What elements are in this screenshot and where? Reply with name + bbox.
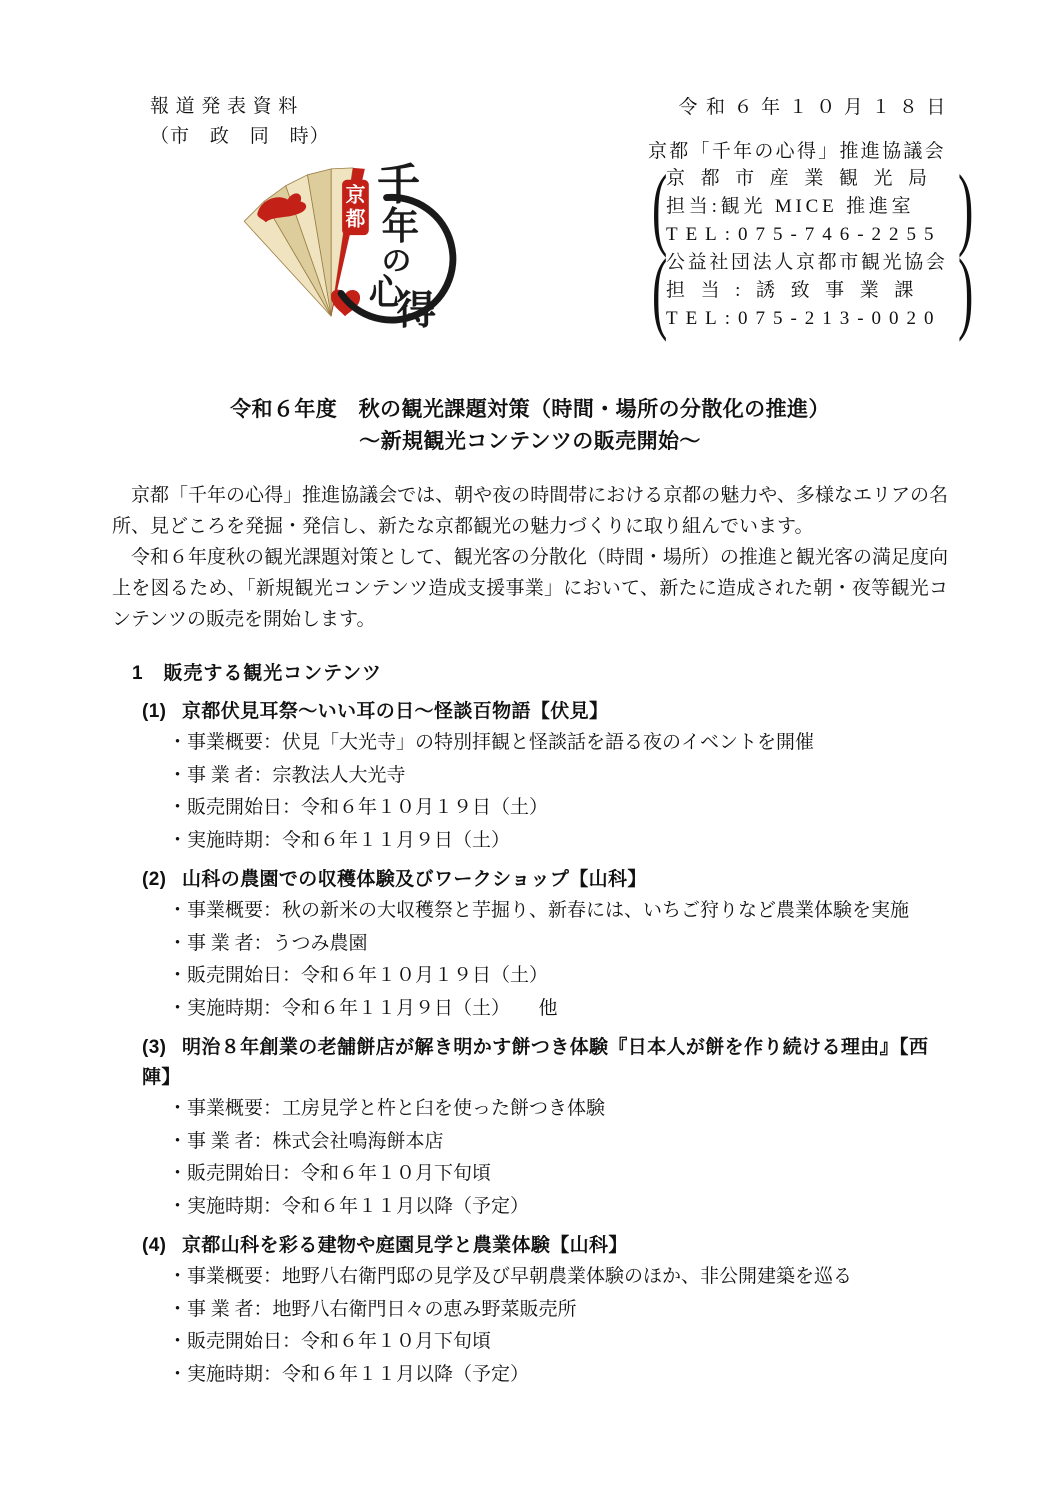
council-name: 京都「千年の心得」推進協議会 <box>648 136 970 163</box>
detail-line: ・実施時期：令和６年１１月以降（予定） <box>168 1359 948 1392</box>
press-release-page: 報道発表資料 （市 政 同 時） 令和６年１０月１８日 <box>0 0 1058 1497</box>
logo-calligraphy: 千 年 の 心 得 <box>369 162 437 334</box>
item-1-number: (1) <box>142 697 182 727</box>
item-2-title: 山科の農園での収穫体験及びワークショップ【山科】 <box>182 869 647 890</box>
detail-line: ・事 業 者：宗教法人大光寺 <box>168 760 948 793</box>
left-paren: ( <box>652 249 660 333</box>
right-paren: ) <box>958 249 966 333</box>
title-line-2: ～新規観光コンテンツの販売開始～ <box>112 426 948 458</box>
item-3-number: (3) <box>142 1033 182 1063</box>
detail-line: ・実施時期：令和６年１１月以降（予定） <box>168 1191 948 1224</box>
item-1-details: ・事業概要：伏見「大光寺」の特別拝観と怪談話を語る夜のイベントを開催 ・事 業 … <box>168 727 948 857</box>
item-4-title: 京都山科を彩る建物や庭園見学と農業体験【山科】 <box>182 1235 628 1256</box>
right-paren: ) <box>958 165 966 249</box>
section-1-heading: 1 販売する観光コンテンツ <box>132 659 948 689</box>
content-item-1: (1)京都伏見耳祭～いい耳の日～怪談百物語【伏見】 ・事業概要：伏見「大光寺」の… <box>112 697 948 857</box>
item-4-number: (4) <box>142 1231 182 1261</box>
detail-line: ・事業概要：工房見学と杵と臼を使った餅つき体験 <box>168 1093 948 1126</box>
contact-block: 京都「千年の心得」推進協議会 ( 京都市産業観光局 担当:観光 MICE 推進室… <box>648 136 970 333</box>
doc-type-label: 報道発表資料 <box>150 92 330 122</box>
detail-line: ・販売開始日：令和６年１０月下旬頃 <box>168 1326 948 1359</box>
staff-name: 担当:観光 MICE 推進室 <box>666 193 952 221</box>
contact-box-association: ( 公益社団法人京都市観光協会 担当:誘致事業課 TEL:075-213-002… <box>648 249 970 333</box>
item-3-details: ・事業概要：工房見学と杵と臼を使った餅つき体験 ・事 業 者：株式会社鳴海餅本店… <box>168 1093 948 1223</box>
svg-text:年: 年 <box>382 205 420 248</box>
staff-name: 担当:誘致事業課 <box>666 277 952 305</box>
distribution-label: （市 政 同 時） <box>150 122 330 152</box>
detail-line: ・事業概要：地野八右衛門邸の見学及び早朝農業体験のほか、非公開建築を巡る <box>168 1261 948 1294</box>
detail-line: ・事業概要：伏見「大光寺」の特別拝観と怪談話を語る夜のイベントを開催 <box>168 727 948 760</box>
item-2-heading: (2)山科の農園での収穫体験及びワークショップ【山科】 <box>142 865 948 895</box>
detail-line: ・実施時期：令和６年１１月９日（土） 他 <box>168 993 948 1026</box>
detail-line: ・販売開始日：令和６年１０月１９日（土） <box>168 792 948 825</box>
section-1: 1 販売する観光コンテンツ (1)京都伏見耳祭～いい耳の日～怪談百物語【伏見】 … <box>112 659 948 1391</box>
detail-line: ・実施時期：令和６年１１月９日（土） <box>168 825 948 858</box>
detail-line: ・事 業 者：株式会社鳴海餅本店 <box>168 1126 948 1159</box>
svg-text:千: 千 <box>377 162 421 210</box>
svg-text:得: 得 <box>396 289 436 333</box>
item-3-heading: (3)明治８年創業の老舗餅店が解き明かす餅つき体験『日本人が餅を作り続ける理由』… <box>142 1033 948 1093</box>
release-date: 令和６年１０月１８日 <box>678 92 954 119</box>
org-name: 公益社団法人京都市観光協会 <box>666 249 952 277</box>
intro-paragraphs: 京都「千年の心得」推進協議会では、朝や夜の時間帯における京都の魅力や、多様なエリ… <box>112 480 948 635</box>
item-3-title: 明治８年創業の老舗餅店が解き明かす餅つき体験『日本人が餅を作り続ける理由』【西陣… <box>142 1037 928 1088</box>
document-title: 令和６年度 秋の観光課題対策（時間・場所の分散化の推進） ～新規観光コンテンツの… <box>112 394 948 458</box>
svg-text:京: 京 <box>346 184 366 207</box>
detail-line: ・販売開始日：令和６年１０月１９日（土） <box>168 960 948 993</box>
item-4-heading: (4)京都山科を彩る建物や庭園見学と農業体験【山科】 <box>142 1231 948 1261</box>
tel-number: TEL:075-213-0020 <box>666 305 952 333</box>
content-item-4: (4)京都山科を彩る建物や庭園見学と農業体験【山科】 ・事業概要：地野八右衛門邸… <box>112 1231 948 1391</box>
item-4-details: ・事業概要：地野八右衛門邸の見学及び早朝農業体験のほか、非公開建築を巡る ・事 … <box>168 1261 948 1391</box>
detail-line: ・事 業 者：うつみ農園 <box>168 928 948 961</box>
doc-type-block: 報道発表資料 （市 政 同 時） <box>150 92 330 152</box>
title-line-1: 令和６年度 秋の観光課題対策（時間・場所の分散化の推進） <box>112 394 948 426</box>
kyoto-sennen-no-kokoroe-logo: 京 都 千 年 の 心 得 <box>242 160 460 338</box>
org-name: 京都市産業観光局 <box>666 165 952 193</box>
content-item-2: (2)山科の農園での収穫体験及びワークショップ【山科】 ・事業概要：秋の新米の大… <box>112 865 948 1025</box>
detail-line: ・事業概要：秋の新米の大収穫祭と芋掘り、新春には、いちご狩りなど農業体験を実施 <box>168 895 948 928</box>
tel-number: TEL:075-746-2255 <box>666 221 952 249</box>
kyoto-seal: 京 都 <box>342 180 369 235</box>
intro-paragraph-1: 京都「千年の心得」推進協議会では、朝や夜の時間帯における京都の魅力や、多様なエリ… <box>112 480 948 542</box>
content-item-3: (3)明治８年創業の老舗餅店が解き明かす餅つき体験『日本人が餅を作り続ける理由』… <box>112 1033 948 1223</box>
logo-graphic: 京 都 千 年 の 心 得 <box>242 160 460 338</box>
item-1-heading: (1)京都伏見耳祭～いい耳の日～怪談百物語【伏見】 <box>142 697 948 727</box>
item-2-details: ・事業概要：秋の新米の大収穫祭と芋掘り、新春には、いちご狩りなど農業体験を実施 … <box>168 895 948 1025</box>
item-2-number: (2) <box>142 865 182 895</box>
svg-text:都: 都 <box>345 207 366 230</box>
intro-paragraph-2: 令和６年度秋の観光課題対策として、観光客の分散化（時間・場所）の推進と観光客の満… <box>112 542 948 635</box>
left-paren: ( <box>652 165 660 249</box>
detail-line: ・販売開始日：令和６年１０月下旬頃 <box>168 1158 948 1191</box>
logo-contact-row: 京 都 千 年 の 心 得 <box>112 152 948 364</box>
contact-box-city: ( 京都市産業観光局 担当:観光 MICE 推進室 TEL:075-746-22… <box>648 165 970 249</box>
detail-line: ・事 業 者：地野八右衛門日々の恵み野菜販売所 <box>168 1294 948 1327</box>
item-1-title: 京都伏見耳祭～いい耳の日～怪談百物語【伏見】 <box>182 701 608 722</box>
